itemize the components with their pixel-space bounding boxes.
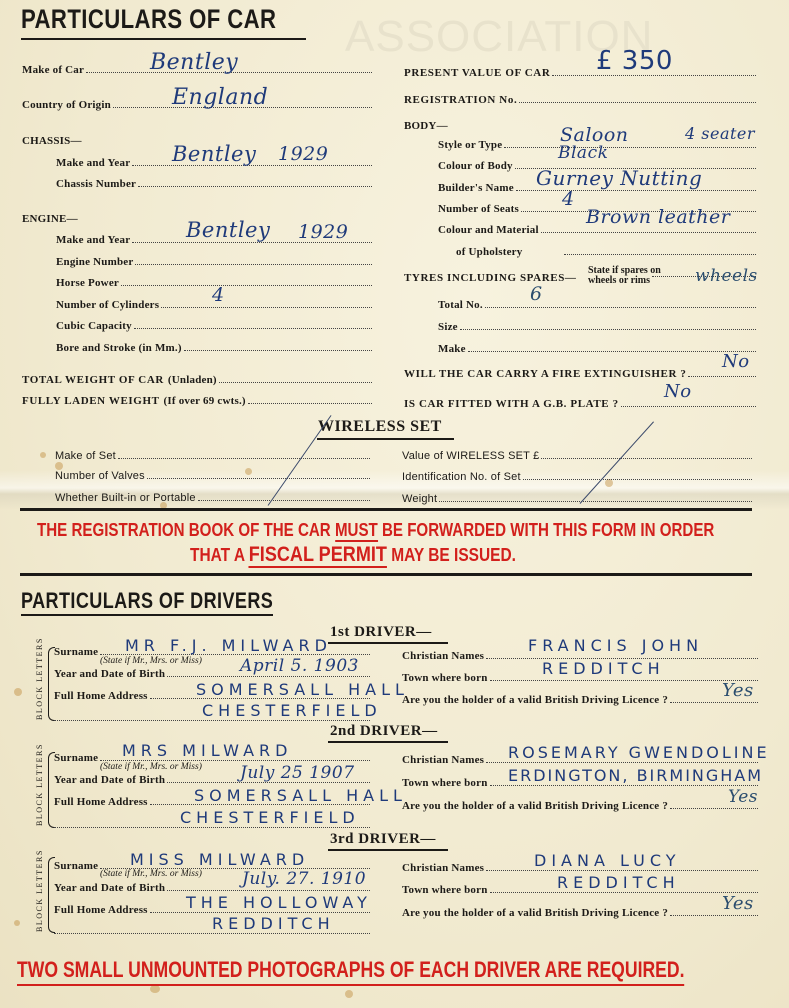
driver-1-dob-value: April 5. 1903 — [240, 656, 359, 676]
wireless-title-underline — [317, 438, 454, 440]
chassis-make-value: Bentley — [172, 142, 256, 166]
gb-plate-field[interactable]: IS CAR FITTED WITH A G.B. PLATE ? — [404, 394, 756, 410]
driver-1-town-value: REDDITCH — [542, 659, 665, 678]
built-in-portable-field[interactable]: Whether Built-in or Portable — [55, 488, 370, 504]
bore-stroke-field[interactable]: Bore and Stroke (in Mm.) — [56, 338, 372, 354]
divider-rule — [20, 573, 752, 576]
stain — [14, 920, 20, 926]
registration-book-notice: THE REGISTRATION BOOK OF THE CAR MUST BE… — [37, 520, 714, 541]
driver-3-surname-value: MISS MILWARD — [130, 850, 309, 869]
driver-3-licence-value: Yes — [722, 893, 754, 914]
drivers-section-title: PARTICULARS OF DRIVERS — [21, 588, 273, 614]
present-value-field[interactable]: PRESENT VALUE OF CAR — [404, 63, 756, 79]
driver-2-licence-value: Yes — [728, 787, 758, 807]
country-of-origin-value: England — [172, 85, 268, 110]
title-underline — [21, 614, 273, 616]
driver-2-heading: 2nd DRIVER— — [330, 723, 438, 740]
driver-3-dob-value: July. 27. 1910 — [242, 869, 366, 889]
car-section-title: PARTICULARS OF CAR — [21, 4, 276, 35]
cubic-capacity-field[interactable]: Cubic Capacity — [56, 316, 372, 332]
spares-value: wheels — [695, 266, 758, 286]
photographs-notice: TWO SMALL UNMOUNTED PHOTOGRAPHS OF EACH … — [17, 957, 685, 986]
stain — [345, 990, 353, 998]
driver-1-christian-value: FRANCIS JOHN — [528, 636, 703, 655]
engine-heading: ENGINE— — [22, 209, 142, 225]
block-letters-label: BLOCK LETTERS — [35, 743, 44, 826]
tyres-total-value: 6 — [530, 283, 543, 305]
stain — [40, 452, 46, 458]
driver-2-surname-value: MRS MILWARD — [122, 741, 292, 760]
laden-weight-field[interactable]: FULLY LADEN WEIGHT (If over 69 cwts.) — [22, 391, 372, 407]
wireless-weight-field[interactable]: Weight — [402, 489, 752, 505]
tyres-total-field[interactable]: Total No. — [438, 295, 756, 311]
driver-3-licence-field[interactable]: Are you the holder of a valid British Dr… — [402, 903, 758, 919]
engine-number-field[interactable]: Engine Number — [56, 252, 372, 268]
block-letters-label: BLOCK LETTERS — [35, 637, 44, 720]
driver-1-address-line-1: SOMERSALL HALL — [196, 680, 409, 699]
body-heading: BODY— — [404, 116, 524, 132]
cylinders-value: 4 — [212, 284, 225, 306]
tyres-heading: TYRES INCLUDING SPARES— — [404, 268, 584, 284]
tyres-size-field[interactable]: Size — [438, 317, 756, 333]
colour-body-value: Black — [558, 143, 608, 163]
engine-year-value: 1929 — [298, 221, 348, 243]
driver-3-heading: 3rd DRIVER— — [330, 831, 436, 848]
registration-field[interactable]: REGISTRATION No. — [404, 90, 756, 106]
driver-2-address-line-2: CHESTERFIELD — [180, 808, 360, 827]
number-seats-value: 4 — [562, 188, 575, 210]
upholstery-line-2[interactable]: of Upholstery — [456, 242, 756, 258]
form-page: ASSOCIATION PARTICULARS OF CAR Make of C… — [0, 0, 789, 1008]
driver-3-address-line-2: REDDITCH — [212, 914, 335, 933]
block-letters-label: BLOCK LETTERS — [35, 849, 44, 932]
gb-plate-value: No — [664, 381, 692, 402]
present-value-value: £ 350 — [596, 46, 673, 76]
builder-name-value: Gurney Nutting — [536, 166, 702, 190]
tyres-make-field[interactable]: Make — [438, 339, 756, 355]
fire-extinguisher-value: No — [722, 351, 750, 372]
heading-underline — [328, 849, 448, 851]
driver-2-christian-value: ROSEMARY GWENDOLINE — [508, 743, 770, 762]
fiscal-permit-notice: THAT A FISCAL PERMIT MAY BE ISSUED. — [190, 543, 516, 567]
driver-2-dob-value: July 25 1907 — [240, 763, 355, 783]
driver-2-town-value: ERDINGTON, BIRMINGHAM — [508, 766, 763, 785]
fire-extinguisher-field[interactable]: WILL THE CAR CARRY A FIRE EXTINGUISHER ? — [404, 364, 756, 380]
driver-3-christian-value: DIANA LUCY — [534, 851, 680, 870]
make-of-car-value: Bentley — [150, 50, 238, 75]
upholstery-value: Brown leather — [586, 206, 730, 228]
driver-1-licence-field[interactable]: Are you the holder of a valid British Dr… — [402, 690, 758, 706]
divider-rule — [20, 508, 752, 511]
chassis-number-field[interactable]: Chassis Number — [56, 174, 372, 190]
driver-1-licence-value: Yes — [722, 680, 754, 701]
number-valves-field[interactable]: Number of Valves — [55, 466, 370, 482]
driver-3-town-value: REDDITCH — [557, 873, 680, 892]
seater-value: 4 seater — [685, 124, 755, 143]
driver-3-address-line-1: THE HOLLOWAY — [186, 893, 372, 912]
driver-2-licence-field[interactable]: Are you the holder of a valid British Dr… — [402, 796, 758, 812]
stain — [150, 985, 160, 993]
make-of-set-field[interactable]: Make of Set — [55, 446, 370, 462]
chassis-year-value: 1929 — [278, 143, 328, 165]
driver-2-address-line-1: SOMERSALL HALL — [194, 786, 407, 805]
engine-make-value: Bentley — [186, 218, 270, 242]
title-underline — [21, 38, 306, 40]
driver-1-heading: 1st DRIVER— — [330, 624, 432, 641]
wireless-section-title: WIRELESS SET — [318, 418, 442, 436]
identification-no-field[interactable]: Identification No. of Set — [402, 467, 752, 483]
heading-underline — [328, 741, 448, 743]
chassis-heading: CHASSIS— — [22, 131, 142, 147]
driver-1-surname-value: MR F.J. MILWARD — [125, 636, 332, 655]
wireless-value-field[interactable]: Value of WIRELESS SET £ — [402, 446, 752, 462]
stain — [14, 688, 22, 696]
driver-1-address-line-2: CHESTERFIELD — [202, 701, 382, 720]
total-weight-field[interactable]: TOTAL WEIGHT OF CAR (Unladen) — [22, 370, 372, 386]
